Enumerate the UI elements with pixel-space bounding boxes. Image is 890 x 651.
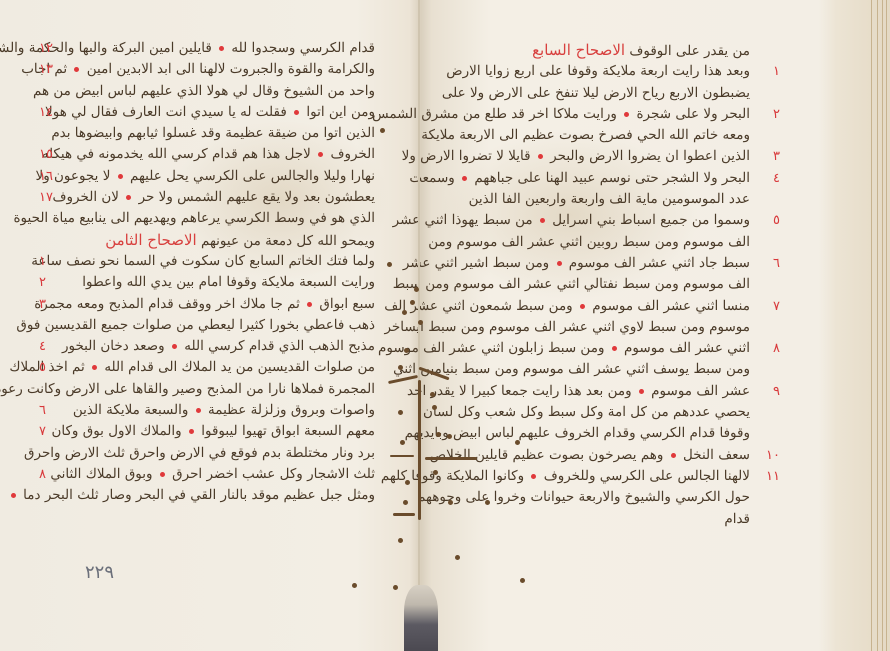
manuscript-line: البحر ولا الشجر حتى نوسم عبيد الهنا على … (450, 168, 750, 189)
verse-divider-dot (294, 110, 299, 115)
line-text: المجمرة فملاها نارا من المذبح وصير والقا… (0, 379, 375, 400)
manuscript-spread: قدام الكرسي وسجدوا لله قايلين امين البرك… (0, 0, 890, 651)
verse-number: ٤ (39, 336, 46, 357)
wormhole (380, 128, 385, 133)
verse-number: ٩ (773, 381, 780, 402)
line-text: يعطشون بعد ولا يقع عليهم الشمس ولا حر لا… (53, 187, 375, 208)
verse-divider-dot (671, 453, 676, 458)
verse-divider-dot (118, 174, 123, 179)
line-text: ويمحو الله كل دمعة من عيونهم (201, 231, 375, 252)
wormhole (436, 432, 441, 437)
left-page: قدام الكرسي وسجدوا لله قايلين امين البرك… (0, 0, 418, 651)
verse-number: ٨ (39, 464, 46, 485)
verse-divider-dot (126, 195, 131, 200)
page-edges (866, 0, 890, 651)
verse-number: ١٥ (39, 144, 53, 165)
line-text: الف موسوم ومن سبط روبين اثني عشر الف موس… (428, 232, 750, 253)
line-text: وقوفا قدام الكرسي وقدام الخروف عليهم لبا… (405, 423, 750, 444)
line-text: الف موسوم ومن سبط نفتالي اثني عشر الف مو… (393, 274, 750, 295)
verse-divider-dot (160, 472, 165, 477)
manuscript-line: الذي هو في وسط الكرسي يرعاهم ويهديهم الى… (75, 208, 375, 229)
line-text: الذين اعطوا ان يضروا الارض والبحر قايلا … (402, 146, 750, 167)
verse-number: ٢ (39, 272, 46, 293)
verse-divider-dot (540, 218, 545, 223)
line-text: ثلث الاشجار وكل عشب اخضر احرق وبوق الملا… (50, 464, 375, 485)
wormhole (352, 583, 357, 588)
line-text: الذي هو في وسط الكرسي يرعاهم ويهديهم الى… (13, 208, 375, 229)
line-text: ولما فتك الخاتم السابع كان سكوت في السما… (31, 251, 375, 272)
manuscript-line: ولما فتك الخاتم السابع كان سكوت في السما… (75, 251, 375, 272)
line-text: ذهب فاعطي بخورا كثيرا ليعطي من صلوات جمي… (16, 315, 375, 336)
manuscript-line: منسا اثني عشر الف موسوم ومن سبط شمعون اث… (450, 296, 750, 317)
manuscript-line: الخروف لاجل هذا هم قدام كرسي الله يخدمون… (75, 144, 375, 165)
line-text: الخروف لاجل هذا هم قدام كرسي الله يخدمون… (42, 144, 375, 165)
manuscript-line: معهم السبعة ابواق تهيوا ليبوقوا والملاك … (75, 421, 375, 442)
manuscript-line: وبعد هذا رايت اربعة ملايكة وقوفا على ارب… (450, 61, 750, 82)
verse-divider-dot (172, 344, 177, 349)
wormhole (400, 440, 405, 445)
line-text: ومن اين اتوا فقلت له يا سيدي انت العارف … (45, 102, 375, 123)
manuscript-line: وقوفا قدام الكرسي وقدام الخروف عليهم لبا… (450, 423, 750, 444)
verse-number: ١٧ (39, 187, 53, 208)
manuscript-line: قدام (450, 509, 750, 530)
verse-number: ٤ (773, 168, 780, 189)
wormhole (447, 434, 452, 439)
wormhole (414, 287, 419, 292)
verse-divider-dot (538, 154, 543, 159)
line-text: ورايت السبعة ملايكة وقوفا امام بين يدي ا… (82, 272, 375, 293)
manuscript-line: الف موسوم ومن سبط نفتالي اثني عشر الف مو… (450, 274, 750, 295)
verse-number: ٣ (773, 146, 780, 167)
manuscript-line: يضبطون الاربع رياح الارض ليلا تنفخ على ا… (450, 83, 750, 104)
wormhole-trail (393, 513, 415, 516)
manuscript-line: حول الكرسي والشيوخ والاربعة حيوانات وخرو… (450, 487, 750, 508)
manuscript-line: لالهنا الجالس على الكرسي وللخروف وكانوا … (450, 466, 750, 487)
left-page-text: قدام الكرسي وسجدوا لله قايلين امين البرك… (75, 38, 375, 507)
verse-number: ١١ (766, 466, 780, 487)
line-text: وسموا من جميع اسباط بني اسرايل من سبط يه… (393, 210, 750, 231)
line-text: قدام الكرسي وسجدوا لله قايلين امين البرك… (0, 38, 375, 59)
verse-divider-dot (531, 474, 536, 479)
wormhole (405, 480, 410, 485)
wormhole (430, 392, 435, 397)
manuscript-line: عشر الف موسوم ومن بعد هذا رايت جمعا كبير… (450, 381, 750, 402)
line-text: سبط جاد اثني عشر الف موسوم ومن سبط اشير … (403, 253, 750, 274)
wormhole (410, 300, 415, 305)
line-text: قدام (724, 509, 750, 530)
wormhole (455, 555, 460, 560)
line-text: سعف النخل وهم يصرخون بصوت عظيم قايلين ال… (430, 445, 750, 466)
manuscript-line: ومن سبط يوسف اثني عشر الف موسوم ومن سبط … (450, 359, 750, 380)
manuscript-line: ومثل جبل عظيم موقد بالنار القي في البحر … (75, 485, 375, 506)
line-text: مذبح الذهب الذي قدام كرسي الله وصعد دخان… (62, 336, 375, 357)
verse-divider-dot (189, 429, 194, 434)
line-text: يضبطون الاربع رياح الارض ليلا تنفخ على ا… (442, 83, 750, 104)
wormhole (398, 365, 403, 370)
manuscript-line: اثني عشر الف موسوم ومن سبط زابلون اثني ع… (450, 338, 750, 359)
manuscript-line: عدد الموسومين ماية الف واربعة واربعين ال… (450, 189, 750, 210)
manuscript-line: موسوم ومن سبط لاوي اثني عشر الف موسوم وم… (450, 317, 750, 338)
chapter-heading: الاصحاح السابع (532, 41, 625, 59)
manuscript-line: المجمرة فملاها نارا من المذبح وصير والقا… (75, 379, 375, 400)
manuscript-line: البحر ولا على شجرة ورايت ملاكا اخر قد طل… (450, 104, 750, 125)
line-text: برد ونار مختلطة بدم فوقع في الارض واحرق … (24, 443, 375, 464)
verse-divider-dot (612, 346, 617, 351)
line-text: سبع ابواق ثم جا ملاك اخر ووقف قدام المذب… (34, 294, 375, 315)
manuscript-line: واصوات وبروق وزلزلة عظيمة والسبعة ملايكة… (75, 400, 375, 421)
manuscript-line: الذين اتوا من ضيقة عظيمة وقد غسلوا ثيابه… (75, 123, 375, 144)
right-page: من يقدر على الوقوف الاصحاح السابعوبعد هذ… (420, 0, 830, 651)
line-text: الذين اتوا من ضيقة عظيمة وقد غسلوا ثيابه… (51, 123, 375, 144)
line-text: حول الكرسي والشيوخ والاربعة حيوانات وخرو… (417, 487, 750, 508)
verse-number: ١ (773, 61, 780, 82)
manuscript-line: ومن اين اتوا فقلت له يا سيدي انت العارف … (75, 102, 375, 123)
verse-number: ١٢ (39, 38, 53, 59)
verse-number: ٧ (39, 421, 46, 442)
verse-number: ١٦ (39, 166, 53, 187)
verse-divider-dot (462, 176, 467, 181)
verse-number: ٢ (773, 104, 780, 125)
manuscript-line: سعف النخل وهم يصرخون بصوت عظيم قايلين ال… (450, 445, 750, 466)
manuscript-line: ثلث الاشجار وكل عشب اخضر احرق وبوق الملا… (75, 464, 375, 485)
manuscript-line: نهارا وليلا والجالس على الكرسي يحل عليهم… (75, 166, 375, 187)
manuscript-line: مذبح الذهب الذي قدام كرسي الله وصعد دخان… (75, 336, 375, 357)
verse-number: ١٣ (39, 59, 53, 80)
manuscript-line: واحد من الشيوخ وقال لي هولا الذي عليهم ل… (75, 81, 375, 102)
line-text: عدد الموسومين ماية الف واربعة واربعين ال… (469, 189, 750, 210)
manuscript-line: وسموا من جميع اسباط بني اسرايل من سبط يه… (450, 210, 750, 231)
verse-number: ٥ (773, 210, 780, 231)
verse-number: ١٤ (39, 102, 53, 123)
verse-divider-dot (557, 261, 562, 266)
manuscript-line: ويمحو الله كل دمعة من عيونهم الاصحاح الث… (75, 230, 375, 251)
line-text: واحد من الشيوخ وقال لي هولا الذي عليهم ل… (33, 81, 375, 102)
verse-number: ٦ (39, 400, 46, 421)
verse-number: ١ (39, 251, 46, 272)
wormhole (418, 320, 423, 325)
manuscript-line: يحصي عددهم من كل امة وكل سبط وكل شعب وكل… (450, 402, 750, 423)
wormhole-trail (418, 380, 421, 520)
wormhole (515, 440, 520, 445)
verse-divider-dot (92, 365, 97, 370)
wormhole (393, 585, 398, 590)
manuscript-line: يعطشون بعد ولا يقع عليهم الشمس ولا حر لا… (75, 187, 375, 208)
line-text: يحصي عددهم من كل امة وكل سبط وكل شعب وكل… (423, 402, 750, 423)
verse-number: ٣ (39, 294, 46, 315)
line-text: وبعد هذا رايت اربعة ملايكة وقوفا على ارب… (446, 61, 750, 82)
verse-divider-dot (74, 67, 79, 72)
manuscript-line: والكرامة والقوة والجبروت لالهنا الى ابد … (75, 59, 375, 80)
spine-damage (404, 585, 438, 651)
chapter-heading: الاصحاح الثامن (105, 231, 196, 249)
verse-number: ٧ (773, 296, 780, 317)
manuscript-line: من يقدر على الوقوف الاصحاح السابع (450, 40, 750, 61)
verse-divider-dot (307, 302, 312, 307)
verse-divider-dot (624, 112, 629, 117)
right-page-text: من يقدر على الوقوف الاصحاح السابعوبعد هذ… (450, 40, 750, 530)
wormhole (404, 348, 409, 353)
manuscript-line: ذهب فاعطي بخورا كثيرا ليعطي من صلوات جمي… (75, 315, 375, 336)
wormhole (398, 538, 403, 543)
wormhole (403, 500, 408, 505)
line-text: عشر الف موسوم ومن بعد هذا رايت جمعا كبير… (407, 381, 750, 402)
wormhole-trail (390, 455, 414, 457)
wormhole (398, 410, 403, 415)
line-text: واصوات وبروق وزلزلة عظيمة والسبعة ملايكة… (73, 400, 375, 421)
verse-divider-dot (219, 46, 224, 51)
line-text: ومعه خاتم الله الحي فصرخ بصوت عظيم الى ا… (421, 125, 750, 146)
wormhole (485, 500, 490, 505)
line-text: البحر ولا الشجر حتى نوسم عبيد الهنا على … (409, 168, 750, 189)
manuscript-line: من صلوات القديسين من يد الملاك الى قدام … (75, 357, 375, 378)
line-text: معهم السبعة ابواق تهيوا ليبوقوا والملاك … (51, 421, 375, 442)
verse-divider-dot (11, 493, 16, 498)
wormhole (433, 470, 438, 475)
line-text: من صلوات القديسين من يد الملاك الى قدام … (9, 357, 375, 378)
verse-divider-dot (580, 304, 585, 309)
verse-number: ٨ (773, 338, 780, 359)
fold-line (418, 0, 420, 651)
verse-number: ٥ (39, 357, 46, 378)
line-text: ومثل جبل عظيم موقد بالنار القي في البحر … (8, 485, 375, 506)
gutter (398, 0, 442, 651)
manuscript-line: ومعه خاتم الله الحي فصرخ بصوت عظيم الى ا… (450, 125, 750, 146)
manuscript-line: الف موسوم ومن سبط روبين اثني عشر الف موس… (450, 232, 750, 253)
folio-number: ٢٢٩ (85, 562, 114, 583)
manuscript-line: سبط جاد اثني عشر الف موسوم ومن سبط اشير … (450, 253, 750, 274)
manuscript-line: برد ونار مختلطة بدم فوقع في الارض واحرق … (75, 443, 375, 464)
manuscript-line: ورايت السبعة ملايكة وقوفا امام بين يدي ا… (75, 272, 375, 293)
verse-number: ٦ (773, 253, 780, 274)
verse-divider-dot (196, 408, 201, 413)
wormhole (520, 578, 525, 583)
line-text: نهارا وليلا والجالس على الكرسي يحل عليهم… (36, 166, 376, 187)
verse-divider-dot (639, 389, 644, 394)
wormhole (432, 405, 437, 410)
verse-divider-dot (318, 152, 323, 157)
manuscript-line: الذين اعطوا ان يضروا الارض والبحر قايلا … (450, 146, 750, 167)
wormhole (402, 310, 407, 315)
manuscript-line: سبع ابواق ثم جا ملاك اخر ووقف قدام المذب… (75, 294, 375, 315)
wormhole (387, 262, 392, 267)
line-text: من يقدر على الوقوف (629, 41, 750, 62)
line-text: والكرامة والقوة والجبروت لالهنا الى ابد … (21, 59, 375, 80)
manuscript-line: قدام الكرسي وسجدوا لله قايلين امين البرك… (75, 38, 375, 59)
verse-number: ١٠ (766, 445, 780, 466)
wormhole (448, 500, 453, 505)
wormhole-trail (425, 457, 477, 460)
